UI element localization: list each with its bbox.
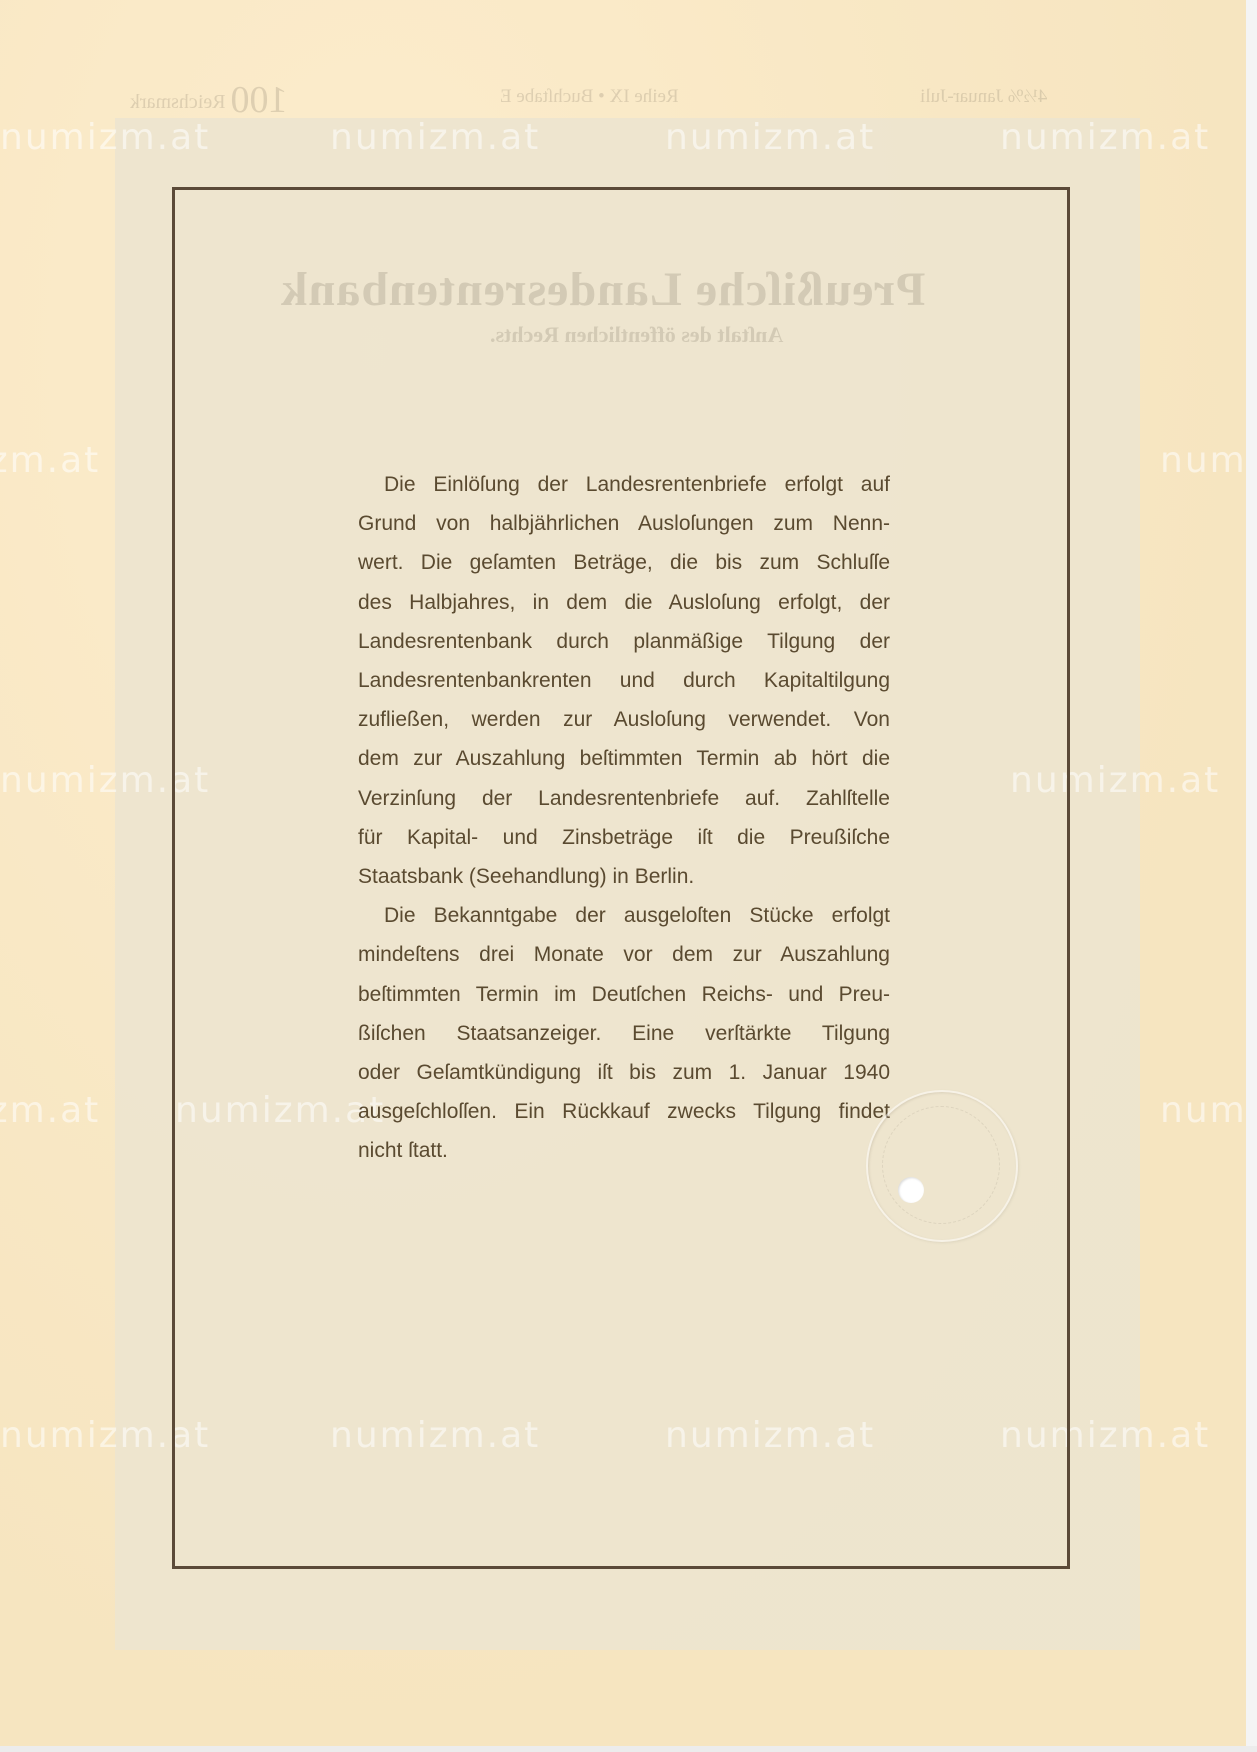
bleed-through-interest: 4½% Januar-Juli xyxy=(920,86,1047,108)
watermark: numizm.at xyxy=(0,1090,100,1131)
watermark: numizm.at xyxy=(330,117,540,158)
text-line: mindeſtens drei Monate vor dem zur Ausza… xyxy=(358,935,890,974)
scan-edge xyxy=(1246,0,1257,1752)
text-line: Verzinſung der Landesrentenbriefe auf. Z… xyxy=(358,779,890,818)
watermark: numizm.at xyxy=(665,117,875,158)
text-line: beſtimmten Termin im Deutſchen Reichs- u… xyxy=(358,975,890,1014)
text-line: wert. Die geſamten Beträge, die bis zum … xyxy=(358,543,890,582)
text-line: Die Einlöſung der Landesrentenbriefe erf… xyxy=(358,465,890,504)
text-line: zufließen, werden zur Ausloſung verwende… xyxy=(358,700,890,739)
text-line: für Kapital- und Zinsbeträge iſt die Pre… xyxy=(358,818,890,857)
punch-hole xyxy=(898,1177,924,1203)
text-line: Landesrentenbankrenten und durch Kapital… xyxy=(358,661,890,700)
text-line: Die Bekanntgabe der ausgeloſten Stücke e… xyxy=(358,896,890,935)
text-line: nicht ſtatt. xyxy=(358,1131,890,1170)
text-line: Grund von halbjährlichen Ausloſungen zum… xyxy=(358,504,890,543)
bleed-through-series: Reihe IX • Buchſtabe E xyxy=(500,86,679,108)
text-line: oder Geſamtkündigung iſt bis zum 1. Janu… xyxy=(358,1053,890,1092)
text-line: des Halbjahres, in dem die Ausloſung erf… xyxy=(358,583,890,622)
watermark: numizm.at xyxy=(1160,1090,1257,1131)
text-line: Staatsbank (Seehandlung) in Berlin. xyxy=(358,857,890,896)
text-line: dem zur Auszahlung beſtimmten Termin ab … xyxy=(358,739,890,778)
embossed-seal-icon xyxy=(866,1090,1018,1242)
watermark: numizm.at xyxy=(1000,117,1210,158)
scan-edge-bottom xyxy=(0,1746,1257,1752)
terms-text: Die Einlöſung der Landesrentenbriefe erf… xyxy=(358,465,890,1171)
bleed-through-amount: 100 Reichsmark xyxy=(130,78,288,122)
text-line: ausgeſchloſſen. Ein Rückkauf zwecks Tilg… xyxy=(358,1092,890,1131)
watermark: numizm.at xyxy=(0,440,100,481)
watermark: numizm.at xyxy=(1160,440,1257,481)
text-line: ßiſchen Staatsanzeiger. Eine verſtärkte … xyxy=(358,1014,890,1053)
text-line: Landesrentenbank durch planmäßige Tilgun… xyxy=(358,622,890,661)
watermark: numizm.at xyxy=(0,117,210,158)
